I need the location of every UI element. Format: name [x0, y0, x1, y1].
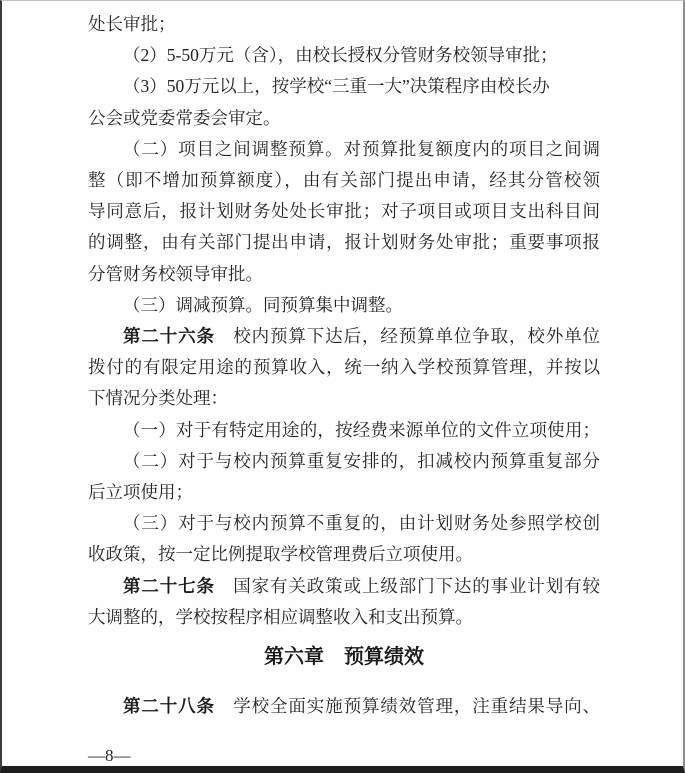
text-line: 导同意后，报计划财务处处长审批；对子项目或项目支出科目间 [88, 196, 600, 227]
text-line: 第二十六条 校内预算下达后，经预算单位争取，校外单位 [88, 321, 600, 352]
text-line: 收政策，按一定比例提取学校管理费后立项使用。 [88, 539, 600, 570]
text-segment: （三）调减预算。同预算集中调整。 [123, 295, 403, 315]
text-line: 大调整的，学校按程序相应调整收入和支出预算。 [88, 602, 600, 633]
text-segment: 公会或党委常委会审定。 [88, 108, 281, 128]
text-segment: 后立项使用； [88, 482, 193, 502]
text-segment: 的调整，由有关部门提出申请，报计划财务处审批；重要事项报 [88, 232, 600, 252]
text-line: （2）5-50万元（含），由校长授权分管财务校领导审批； [88, 40, 600, 71]
text-line: （3）50万元以上，按学校“三重一大”决策程序由校长办 [88, 71, 600, 102]
text-line: 下情况分类处理： [88, 383, 600, 414]
text-line: 公会或党委常委会审定。 [88, 103, 600, 134]
text-line: 的调整，由有关部门提出申请，报计划财务处审批；重要事项报 [88, 227, 600, 258]
text-segment: 导同意后，报计划财务处处长审批；对子项目或项目支出科目间 [88, 201, 600, 221]
text-segment: 下情况分类处理： [88, 388, 228, 408]
text-line: 第二十八条 学校全面实施预算绩效管理，注重结果导向、 [88, 691, 600, 722]
text-line: （二）项目之间调整预算。对预算批复额度内的项目之间调 [88, 134, 600, 165]
text-segment: （一）对于有特定用途的，按经费来源单位的文件立项使用； [123, 420, 600, 440]
chapter-heading: 第六章 预算绩效 [88, 642, 600, 673]
text-segment: 收政策，按一定比例提取学校管理费后立项使用。 [88, 544, 473, 564]
text-line: （二）对于与校内预算重复安排的，扣减校内预算重复部分 [88, 446, 600, 477]
text-segment: 分管财务校领导审批。 [88, 264, 263, 284]
text-line: 后立项使用； [88, 477, 600, 508]
text-line: （三）对于与校内预算不重复的，由计划财务处参照学校创 [88, 508, 600, 539]
text-segment: （3）50万元以上，按学校“三重一大”决策程序由校长办 [123, 76, 550, 96]
text-segment: （二）对于与校内预算重复安排的，扣减校内预算重复部分 [123, 451, 600, 471]
text-line: 拨付的有限定用途的预算收入，统一纳入学校预算管理，并按以 [88, 352, 600, 383]
text-segment: 国家有关政策或上级部门下达的事业计划有较 [215, 576, 600, 596]
text-segment: （三）对于与校内预算不重复的，由计划财务处参照学校创 [123, 513, 600, 533]
text-segment: 处长审批； [88, 14, 176, 34]
text-segment: 校内预算下达后，经预算单位争取，校外单位 [215, 326, 600, 346]
text-line: （三）调减预算。同预算集中调整。 [88, 290, 600, 321]
text-segment: 整（即不增加预算额度），由有关部门提出申请，经其分管校领 [88, 170, 600, 190]
text-segment: 拨付的有限定用途的预算收入，统一纳入学校预算管理，并按以 [88, 357, 600, 377]
page-number: —8— [88, 740, 600, 771]
text-line: 处长审批； [88, 9, 600, 40]
text-segment: 大调整的，学校按程序相应调整收入和支出预算。 [88, 607, 473, 627]
document-body: 处长审批；（2）5-50万元（含），由校长授权分管财务校领导审批；（3）50万元… [2, 1, 683, 722]
article-number: 第二十七条 [123, 576, 215, 596]
text-line: 分管财务校领导审批。 [88, 259, 600, 290]
text-line: 整（即不增加预算额度），由有关部门提出申请，经其分管校领 [88, 165, 600, 196]
text-line: （一）对于有特定用途的，按经费来源单位的文件立项使用； [88, 415, 600, 446]
text-segment: 学校全面实施预算绩效管理，注重结果导向、 [215, 696, 600, 716]
article-number: 第二十八条 [123, 696, 215, 716]
article-number: 第二十六条 [123, 326, 215, 346]
text-segment: （2）5-50万元（含），由校长授权分管财务校领导审批； [123, 45, 558, 65]
document-page: 处长审批；（2）5-50万元（含），由校长授权分管财务校领导审批；（3）50万元… [0, 0, 685, 773]
text-segment: （二）项目之间调整预算。对预算批复额度内的项目之间调 [123, 139, 600, 159]
text-line: 第二十七条 国家有关政策或上级部门下达的事业计划有较 [88, 571, 600, 602]
